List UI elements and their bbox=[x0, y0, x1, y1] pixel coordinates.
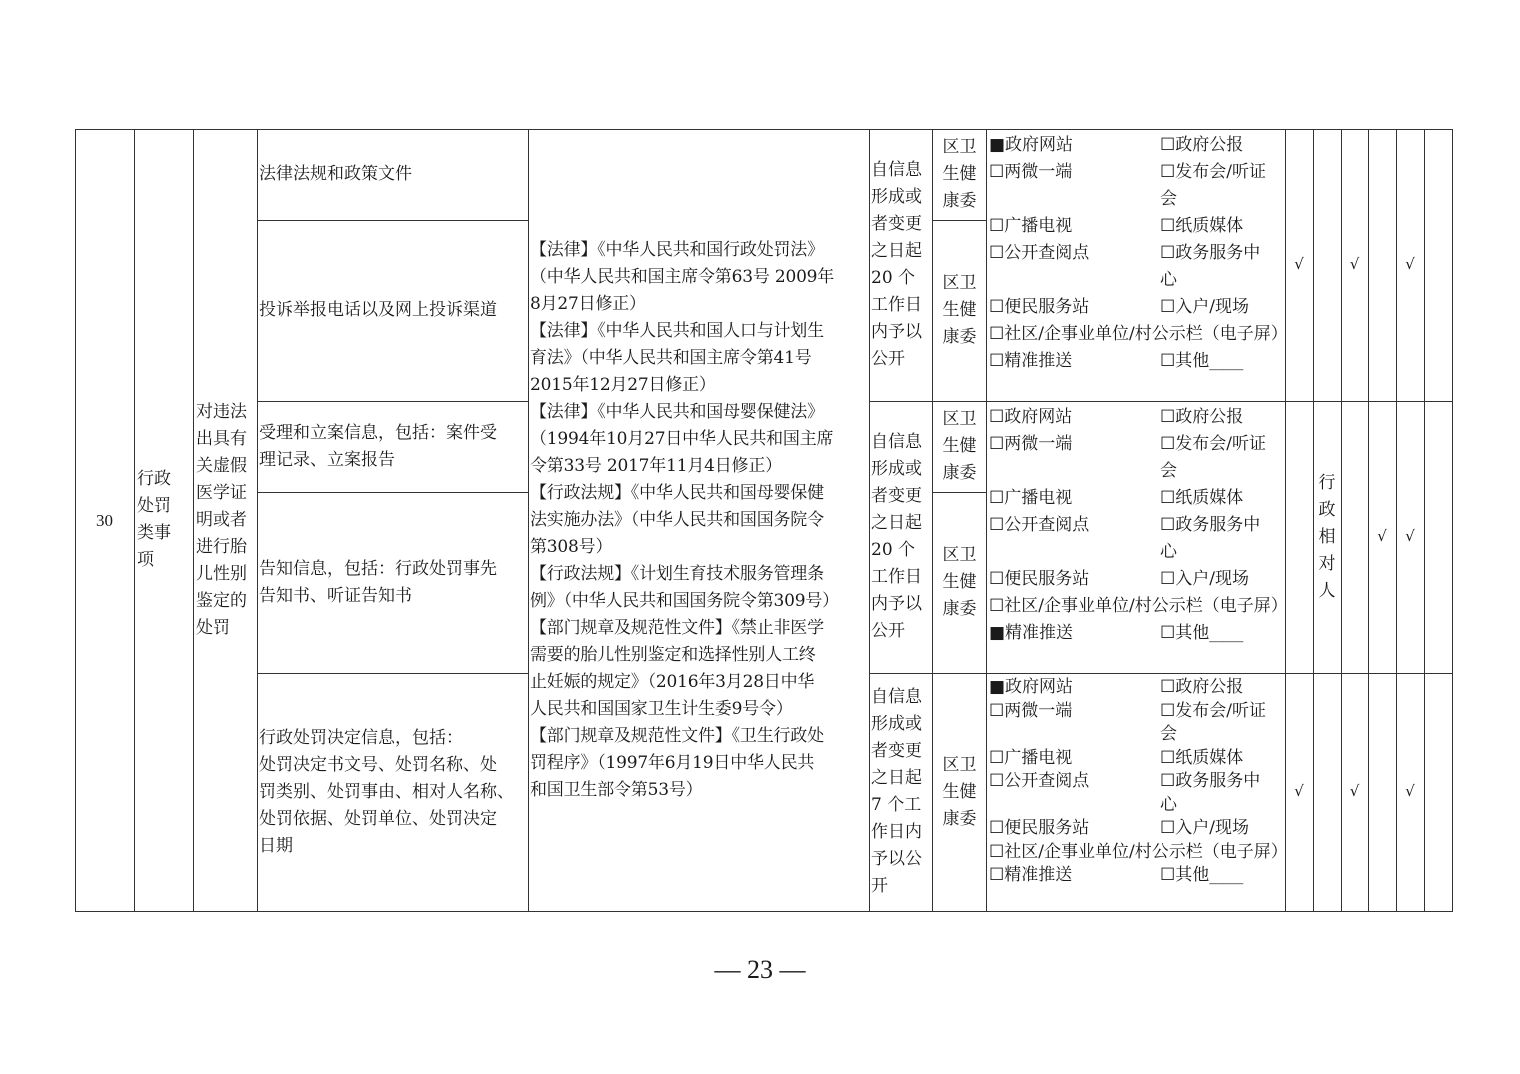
basis-text: 2015年12月27日修正） bbox=[530, 372, 868, 399]
channel-press-hearing[interactable]: ☐发布会/听证会 bbox=[1160, 159, 1272, 213]
item-text: 明或者 bbox=[196, 507, 256, 534]
department-cell: 区卫生健康委 bbox=[933, 129, 986, 220]
time-limit-text: 者变更 bbox=[871, 738, 931, 765]
department-text: 康委 bbox=[933, 806, 986, 833]
channel-press-hearing[interactable]: ☐发布会/听证会 bbox=[1160, 700, 1272, 747]
content-text: 行政处罚决定信息，包括： bbox=[259, 725, 527, 752]
content-text: 法律法规和政策文件 bbox=[259, 161, 527, 188]
mark-check: √ bbox=[1341, 255, 1368, 273]
basis-text: 【行政法规】《计划生育技术服务管理条 bbox=[530, 561, 868, 588]
time-limit-text: 者变更 bbox=[871, 483, 931, 510]
department-text: 区卫 bbox=[933, 542, 986, 569]
channel-two-micro[interactable]: ☐两微一端 bbox=[989, 431, 1160, 485]
basis-text: （1994年10月27日中华人民共和国主席 bbox=[530, 426, 868, 453]
subject-text: 相 bbox=[1313, 524, 1341, 551]
channel-press-hearing[interactable]: ☐发布会/听证会 bbox=[1160, 431, 1272, 485]
department-text: 区卫 bbox=[933, 752, 986, 779]
table-rule bbox=[75, 911, 1453, 912]
time-limit-text: 20 个 bbox=[871, 537, 931, 564]
subject-text: 对 bbox=[1313, 551, 1341, 578]
content-text: 受理和立案信息，包括：案件受 bbox=[259, 420, 527, 447]
channel-two-micro[interactable]: ☐两微一端 bbox=[989, 159, 1160, 213]
channel-paper-media[interactable]: ☐纸质媒体 bbox=[1160, 747, 1283, 771]
mark-check: √ bbox=[1368, 527, 1396, 545]
department-text: 康委 bbox=[933, 324, 986, 351]
channels-cell: ■政府网站☐政府公报☐两微一端☐发布会/听证会☐广播电视☐纸质媒体☐公开查阅点☐… bbox=[989, 676, 1283, 888]
mark-check: √ bbox=[1285, 782, 1313, 800]
mark-check: √ bbox=[1396, 255, 1424, 273]
channel-gov-website[interactable]: ☐政府网站 bbox=[989, 404, 1160, 431]
department-cell: 区卫生健康委 bbox=[933, 220, 986, 401]
table-rule bbox=[257, 129, 258, 912]
time-limit-text: 20 个 bbox=[871, 265, 931, 292]
content-text: 处罚决定书文号、处罚名称、处 bbox=[259, 752, 527, 779]
basis-text: 【部门规章及规范性文件】《卫生行政处 bbox=[530, 723, 868, 750]
basis-text: 育法》（中华人民共和国主席令第41号 bbox=[530, 345, 868, 372]
subject-text: 政 bbox=[1313, 497, 1341, 524]
content-cell: 受理和立案信息，包括：案件受理记录、立案报告 bbox=[259, 401, 527, 492]
time-limit-text: 开 bbox=[871, 873, 931, 900]
channel-gov-website[interactable]: ■政府网站 bbox=[989, 132, 1160, 159]
table-rule bbox=[1424, 129, 1425, 912]
item-text: 关虚假 bbox=[196, 453, 256, 480]
department-text: 康委 bbox=[933, 188, 986, 215]
basis-text: （中华人民共和国主席令第63号 2009年 bbox=[530, 264, 868, 291]
content-text: 告知书、听证告知书 bbox=[259, 583, 527, 610]
time-limit-text: 作日内 bbox=[871, 819, 931, 846]
basis-text: 法实施办法》（中华人民共和国国务院令 bbox=[530, 507, 868, 534]
department-text: 生健 bbox=[933, 569, 986, 596]
time-limit-text: 自信息 bbox=[871, 157, 931, 184]
time-limit-text: 之日起 bbox=[871, 510, 931, 537]
table-rule bbox=[134, 129, 135, 912]
channel-bulletin[interactable]: ☐社区/企事业单位/村公示栏（电子屏） bbox=[989, 321, 1283, 348]
channel-bulletin[interactable]: ☐社区/企事业单位/村公示栏（电子屏） bbox=[989, 841, 1283, 865]
table-rule bbox=[869, 129, 870, 912]
channel-gov-website[interactable]: ■政府网站 bbox=[989, 676, 1160, 700]
content-text: 投诉举报电话以及网上投诉渠道 bbox=[259, 297, 527, 324]
content-text: 日期 bbox=[259, 833, 527, 860]
basis-text: 【法律】《中华人民共和国母婴保健法》 bbox=[530, 399, 868, 426]
time-limit-text: 形成或 bbox=[871, 184, 931, 211]
time-limit-text: 自信息 bbox=[871, 429, 931, 456]
time-limit-text: 形成或 bbox=[871, 456, 931, 483]
mark-check: √ bbox=[1341, 782, 1368, 800]
row-number: 30 bbox=[75, 129, 134, 911]
department-cell: 区卫生健康委 bbox=[933, 492, 986, 673]
content-text: 罚类别、处罚事由、相对人名称、 bbox=[259, 779, 527, 806]
channel-other[interactable]: ☐其他____ bbox=[1160, 620, 1283, 647]
category-cell: 行政处罚类事项 bbox=[137, 129, 192, 911]
channel-gov-gazette[interactable]: ☐政府公报 bbox=[1160, 404, 1283, 431]
page-number: — 23 — bbox=[0, 955, 1520, 985]
time-limit-text: 公开 bbox=[871, 346, 931, 373]
item-text: 处罚 bbox=[196, 615, 256, 642]
basis-text: 【部门规章及规范性文件】《禁止非医学 bbox=[530, 615, 868, 642]
mark-check: √ bbox=[1396, 782, 1424, 800]
channel-paper-media[interactable]: ☐纸质媒体 bbox=[1160, 213, 1283, 240]
time-limit-cell: 自信息形成或者变更之日起20 个工作日内予以公开 bbox=[871, 401, 931, 673]
basis-text: 罚程序》（1997年6月19日中华人民共 bbox=[530, 750, 868, 777]
channel-service-center[interactable]: ☐政务服务中心 bbox=[1160, 512, 1272, 566]
item-cell: 对违法出具有关虚假医学证明或者进行胎儿性别鉴定的处罚 bbox=[196, 129, 256, 911]
channels-cell: ■政府网站☐政府公报☐两微一端☐发布会/听证会☐广播电视☐纸质媒体☐公开查阅点☐… bbox=[989, 132, 1283, 375]
time-limit-cell: 自信息形成或者变更之日起20 个工作日内予以公开 bbox=[871, 129, 931, 401]
time-limit-text: 者变更 bbox=[871, 211, 931, 238]
content-text: 理记录、立案报告 bbox=[259, 447, 527, 474]
subject-text: 行 bbox=[1313, 470, 1341, 497]
channel-broadcast-tv[interactable]: ☐广播电视 bbox=[989, 485, 1160, 512]
channel-door-to-door[interactable]: ☐入户/现场 bbox=[1160, 566, 1283, 593]
basis-cell: 【法律】《中华人民共和国行政处罚法》（中华人民共和国主席令第63号 2009年8… bbox=[530, 129, 868, 911]
mark-check: √ bbox=[1285, 255, 1313, 273]
time-limit-text: 之日起 bbox=[871, 238, 931, 265]
channel-bulletin[interactable]: ☐社区/企事业单位/村公示栏（电子屏） bbox=[989, 593, 1283, 620]
category-text: 类事 bbox=[137, 520, 192, 547]
channel-precise-push[interactable]: ■精准推送 bbox=[989, 620, 1160, 647]
time-limit-text: 予以公 bbox=[871, 846, 931, 873]
channel-broadcast-tv[interactable]: ☐广播电视 bbox=[989, 213, 1160, 240]
table-rule bbox=[193, 129, 194, 912]
table-rule bbox=[528, 129, 529, 912]
channel-reading-point[interactable]: ☐公开查阅点 bbox=[989, 240, 1160, 294]
basis-text: 【行政法规】《中华人民共和国母婴保健 bbox=[530, 480, 868, 507]
table-rule bbox=[1368, 129, 1369, 912]
channel-service-station[interactable]: ☐便民服务站 bbox=[989, 566, 1160, 593]
content-cell: 法律法规和政策文件 bbox=[259, 129, 527, 220]
basis-text: 和国卫生部令第53号） bbox=[530, 777, 868, 804]
time-limit-text: 内予以 bbox=[871, 319, 931, 346]
basis-text: 人民共和国国家卫生计生委9号令） bbox=[530, 696, 868, 723]
category-text: 处罚 bbox=[137, 493, 192, 520]
time-limit-text: 内予以 bbox=[871, 591, 931, 618]
channel-door-to-door[interactable]: ☐入户/现场 bbox=[1160, 817, 1283, 841]
channels-cell: ☐政府网站☐政府公报☐两微一端☐发布会/听证会☐广播电视☐纸质媒体☐公开查阅点☐… bbox=[989, 404, 1283, 647]
content-text: 告知信息，包括：行政处罚事先 bbox=[259, 556, 527, 583]
table-rule bbox=[1452, 129, 1453, 912]
category-text: 项 bbox=[137, 547, 192, 574]
category-text: 行政 bbox=[137, 466, 192, 493]
basis-text: 令第33号 2017年11月4日修正） bbox=[530, 453, 868, 480]
basis-text: 需要的胎儿性别鉴定和选择性别人工终 bbox=[530, 642, 868, 669]
channel-service-center[interactable]: ☐政务服务中心 bbox=[1160, 770, 1272, 817]
department-text: 生健 bbox=[933, 433, 986, 460]
item-text: 鉴定的 bbox=[196, 588, 256, 615]
item-text: 进行胎 bbox=[196, 534, 256, 561]
department-text: 生健 bbox=[933, 161, 986, 188]
time-limit-text: 自信息 bbox=[871, 684, 931, 711]
department-cell: 区卫生健康委 bbox=[933, 673, 986, 911]
time-limit-text: 工作日 bbox=[871, 292, 931, 319]
mark-check: √ bbox=[1396, 527, 1424, 545]
department-text: 康委 bbox=[933, 596, 986, 623]
item-text: 出具有 bbox=[196, 426, 256, 453]
channel-paper-media[interactable]: ☐纸质媒体 bbox=[1160, 485, 1283, 512]
department-text: 区卫 bbox=[933, 134, 986, 161]
subject-cell: 行政相对人 bbox=[1313, 401, 1341, 673]
basis-text: 8月27日修正） bbox=[530, 291, 868, 318]
basis-text: 第308号） bbox=[530, 534, 868, 561]
channel-service-station[interactable]: ☐便民服务站 bbox=[989, 294, 1160, 321]
basis-text: 例》（中华人民共和国国务院令第309号） bbox=[530, 588, 868, 615]
channel-other[interactable]: ☐其他____ bbox=[1160, 348, 1283, 375]
channel-service-center[interactable]: ☐政务服务中心 bbox=[1160, 240, 1272, 294]
table-rule bbox=[986, 129, 987, 912]
department-cell: 区卫生健康委 bbox=[933, 401, 986, 492]
time-limit-text: 工作日 bbox=[871, 564, 931, 591]
subject-text: 人 bbox=[1313, 578, 1341, 605]
channel-reading-point[interactable]: ☐公开查阅点 bbox=[989, 512, 1160, 566]
department-text: 生健 bbox=[933, 779, 986, 806]
channel-service-station[interactable]: ☐便民服务站 bbox=[989, 817, 1160, 841]
time-limit-text: 公开 bbox=[871, 618, 931, 645]
basis-text: 【法律】《中华人民共和国行政处罚法》 bbox=[530, 237, 868, 264]
time-limit-text: 之日起 bbox=[871, 765, 931, 792]
channel-gov-gazette[interactable]: ☐政府公报 bbox=[1160, 676, 1283, 700]
channel-precise-push[interactable]: ☐精准推送 bbox=[989, 348, 1160, 375]
item-text: 医学证 bbox=[196, 480, 256, 507]
channel-precise-push[interactable]: ☐精准推送 bbox=[989, 864, 1160, 888]
time-limit-text: 7 个工 bbox=[871, 792, 931, 819]
channel-door-to-door[interactable]: ☐入户/现场 bbox=[1160, 294, 1283, 321]
basis-text: 止妊娠的规定》（2016年3月28日中华 bbox=[530, 669, 868, 696]
channel-reading-point[interactable]: ☐公开查阅点 bbox=[989, 770, 1160, 817]
channel-other[interactable]: ☐其他____ bbox=[1160, 864, 1283, 888]
content-cell: 行政处罚决定信息，包括：处罚决定书文号、处罚名称、处罚类别、处罚事由、相对人名称… bbox=[259, 673, 527, 911]
department-text: 区卫 bbox=[933, 270, 986, 297]
time-limit-cell: 自信息形成或者变更之日起7 个工作日内予以公开 bbox=[871, 673, 931, 911]
department-text: 区卫 bbox=[933, 406, 986, 433]
department-text: 生健 bbox=[933, 297, 986, 324]
basis-text: 【法律】《中华人民共和国人口与计划生 bbox=[530, 318, 868, 345]
channel-gov-gazette[interactable]: ☐政府公报 bbox=[1160, 132, 1283, 159]
channel-broadcast-tv[interactable]: ☐广播电视 bbox=[989, 747, 1160, 771]
content-cell: 投诉举报电话以及网上投诉渠道 bbox=[259, 220, 527, 401]
channel-two-micro[interactable]: ☐两微一端 bbox=[989, 700, 1160, 747]
item-text: 儿性别 bbox=[196, 561, 256, 588]
department-text: 康委 bbox=[933, 460, 986, 487]
content-text: 处罚依据、处罚单位、处罚决定 bbox=[259, 806, 527, 833]
item-text: 对违法 bbox=[196, 399, 256, 426]
time-limit-text: 形成或 bbox=[871, 711, 931, 738]
content-cell: 告知信息，包括：行政处罚事先告知书、听证告知书 bbox=[259, 492, 527, 673]
